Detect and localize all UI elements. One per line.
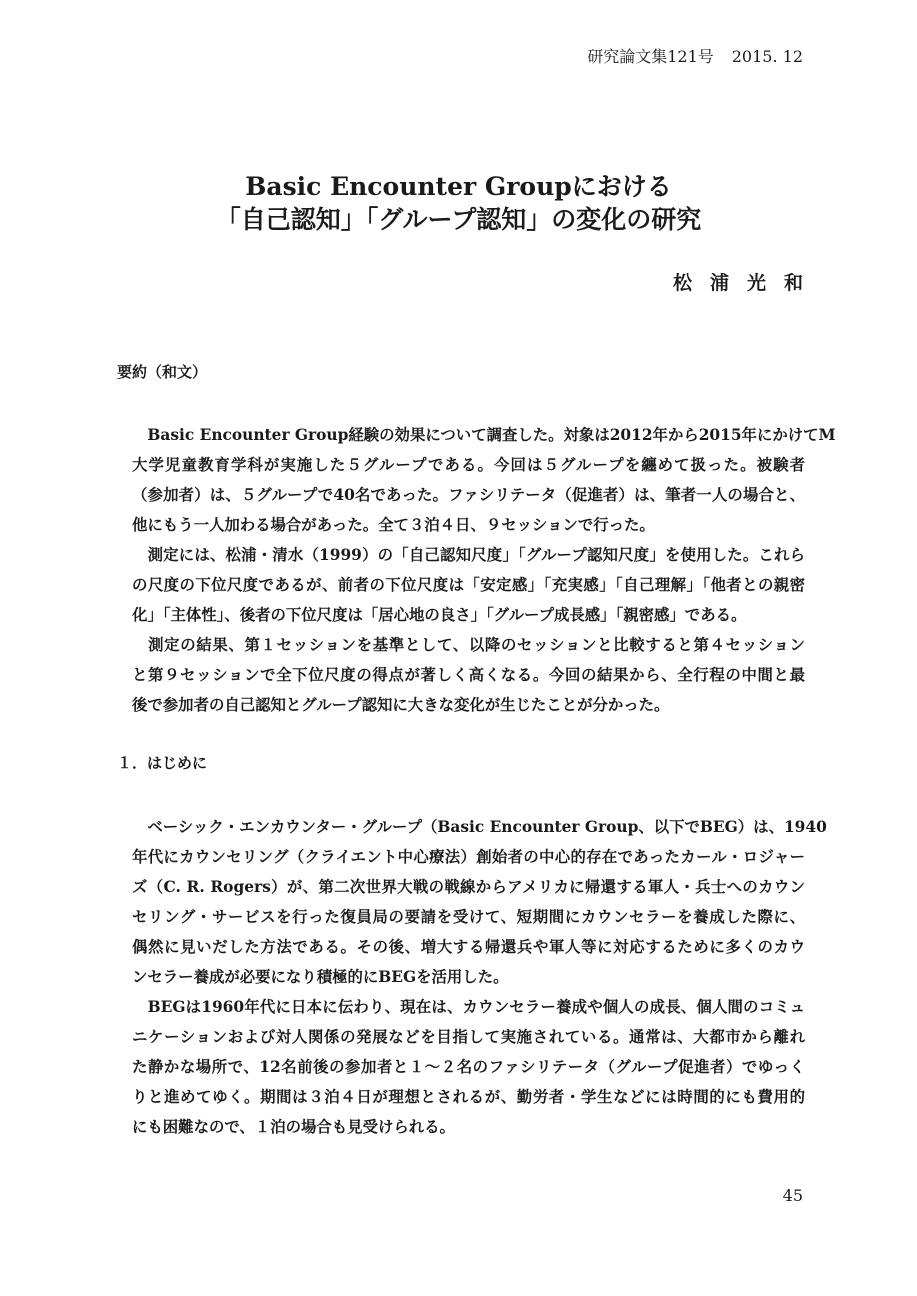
text-line: の尺度の下位尺度であるが、前者の下位尺度は「安定感」「充実感」「自己理解」「他者…	[117, 570, 805, 600]
intro-paragraph-2: BEGは1960年代に日本に伝わり、現在は、カウンセラー養成や個人の成長、個人間…	[117, 992, 805, 1142]
abstract-paragraph-2: 測定には、松浦・清水（1999）の「自己認知尺度」「グループ認知尺度」を使用した…	[117, 540, 805, 630]
title-line-1: Basic Encounter Groupにおける	[0, 170, 917, 203]
text-line: 化」「主体性」、後者の下位尺度は「居心地の良さ」「グループ成長感」「親密感」であ…	[117, 600, 805, 630]
text-line: ベーシック・エンカウンター・グループ（Basic Encounter Group…	[117, 812, 805, 842]
page-number: 45	[783, 1186, 803, 1205]
text-line: た静かな場所で、12名前後の参加者と１～２名のファシリテータ（グループ促進者）で…	[117, 1052, 805, 1082]
abstract-paragraph-1: Basic Encounter Group経験の効果について調査した。対象は20…	[117, 420, 805, 540]
intro-paragraph-1: ベーシック・エンカウンター・グループ（Basic Encounter Group…	[117, 812, 805, 992]
text-line: 後で参加者の自己認知とグループ認知に大きな変化が生じたことが分かった。	[117, 690, 805, 720]
text-line: （参加者）は、５グループで40名であった。ファシリテータ（促進者）は、筆者一人の…	[117, 480, 805, 510]
abstract-paragraph-3: 測定の結果、第１セッションを基準として、以降のセッションと比較すると第４セッショ…	[117, 630, 805, 720]
introduction-body: ベーシック・エンカウンター・グループ（Basic Encounter Group…	[117, 812, 805, 1142]
text-line: ンセラー養成が必要になり積極的にBEGを活用した。	[117, 962, 805, 992]
abstract-body: Basic Encounter Group経験の効果について調査した。対象は20…	[117, 420, 805, 720]
title-line-2: 「自己認知」「グループ認知」の変化の研究	[0, 203, 917, 236]
abstract-heading: 要約（和文）	[117, 361, 207, 382]
text-line: ズ（C. R. Rogers）が、第二次世界大戦の戦線からアメリカに帰還する軍人…	[117, 872, 805, 902]
issue-date: 2015. 12	[732, 47, 803, 66]
text-line: と第９セッションで全下位尺度の得点が著しく高くなる。今回の結果から、全行程の中間…	[117, 660, 805, 690]
introduction-heading: １．はじめに	[117, 752, 207, 773]
text-line: Basic Encounter Group経験の効果について調査した。対象は20…	[117, 420, 805, 450]
author-name: 松浦光和	[673, 268, 821, 295]
text-line: 大学児童教育学科が実施した５グループである。今回は５グループを纏めて扱った。被験…	[117, 450, 805, 480]
text-line: 他にもう一人加わる場合があった。全て３泊４日、９セッションで行った。	[117, 510, 805, 540]
text-line: 測定の結果、第１セッションを基準として、以降のセッションと比較すると第４セッショ…	[117, 630, 805, 660]
text-line: りと進めてゆく。期間は３泊４日が理想とされるが、勤労者・学生などには時間的にも費…	[117, 1082, 805, 1112]
text-line: セリング・サービスを行った復員局の要請を受けて、短期間にカウンセラーを養成した際…	[117, 902, 805, 932]
journal-name: 研究論文集121号	[587, 47, 714, 66]
text-line: 年代にカウンセリング（クライエント中心療法）創始者の中心的存在であったカール・ロ…	[117, 842, 805, 872]
text-line: 偶然に見いだした方法である。その後、増大する帰還兵や軍人等に対応するために多くの…	[117, 932, 805, 962]
text-line: 測定には、松浦・清水（1999）の「自己認知尺度」「グループ認知尺度」を使用した…	[117, 540, 805, 570]
text-line: にも困難なので、１泊の場合も見受けられる。	[117, 1112, 805, 1142]
running-head: 研究論文集121号2015. 12	[587, 44, 803, 67]
paper-title: Basic Encounter Groupにおける 「自己認知」「グループ認知」…	[0, 170, 917, 236]
text-line: BEGは1960年代に日本に伝わり、現在は、カウンセラー養成や個人の成長、個人間…	[117, 992, 805, 1022]
text-line: ニケーションおよび対人関係の発展などを目指して実施されている。通常は、大都市から…	[117, 1022, 805, 1052]
